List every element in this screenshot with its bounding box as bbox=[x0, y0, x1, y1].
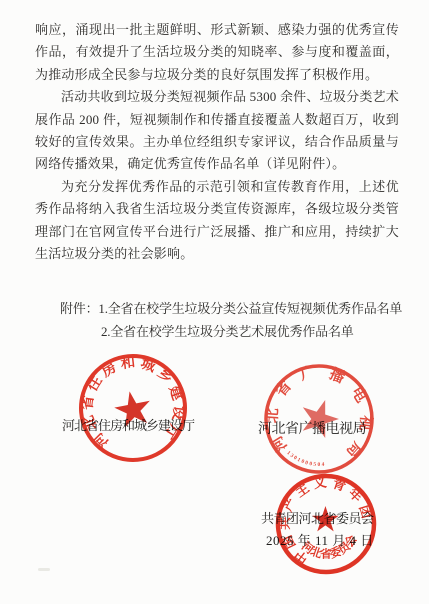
svg-text:1301000504: 1301000504 bbox=[284, 450, 328, 470]
signer-name-youth-league: 共青团河北省委员会 bbox=[261, 508, 374, 527]
scan-smudge bbox=[38, 568, 50, 571]
seal-code: 1301000504 bbox=[284, 450, 328, 470]
issue-date: 2025 年 11 月 4 日 bbox=[266, 530, 374, 549]
attachment-block: 附件：1.全省在校学生垃圾分类公益宣传短视频优秀作品名单 2.全省在校学生垃圾分… bbox=[60, 297, 420, 343]
document-page: 响应，涌现出一批主题鲜明、形式新颖、感染力强的优秀宣传作品，有效提升了生活垃圾分… bbox=[0, 0, 429, 604]
attachment-item: 2.全省在校学生垃圾分类艺术展优秀作品名单 bbox=[101, 324, 354, 339]
signer-name-radio-tv-bureau: 河北省广播电视局 bbox=[258, 418, 366, 438]
document-body: 响应，涌现出一批主题鲜明、形式新颖、感染力强的优秀宣传作品，有效提升了生活垃圾分… bbox=[35, 19, 399, 265]
seal-housing-dept: 河北省住房和城乡建设厅 bbox=[75, 350, 191, 466]
signer-name-housing-dept: 河北省住房和城乡建设厅 bbox=[62, 415, 194, 434]
attachment-item: 1.全省在校学生垃圾分类公益宣传短视频优秀作品名单 bbox=[98, 301, 402, 316]
attachment-line: 2.全省在校学生垃圾分类艺术展优秀作品名单 bbox=[60, 320, 420, 343]
attachment-label: 附件： bbox=[60, 301, 98, 316]
paragraph: 为充分发挥优秀作品的示范引领和宣传教育作用，上述优秀作品将纳入我省生活垃圾分类宣… bbox=[35, 176, 399, 266]
paragraph: 响应，涌现出一批主题鲜明、形式新颖、感染力强的优秀宣传作品，有效提升了生活垃圾分… bbox=[35, 19, 399, 86]
paragraph: 活动共收到垃圾分类短视频作品 5300 余件、垃圾分类艺术展作品 200 件，短… bbox=[35, 86, 399, 176]
attachment-line: 附件：1.全省在校学生垃圾分类公益宣传短视频优秀作品名单 bbox=[60, 297, 420, 320]
